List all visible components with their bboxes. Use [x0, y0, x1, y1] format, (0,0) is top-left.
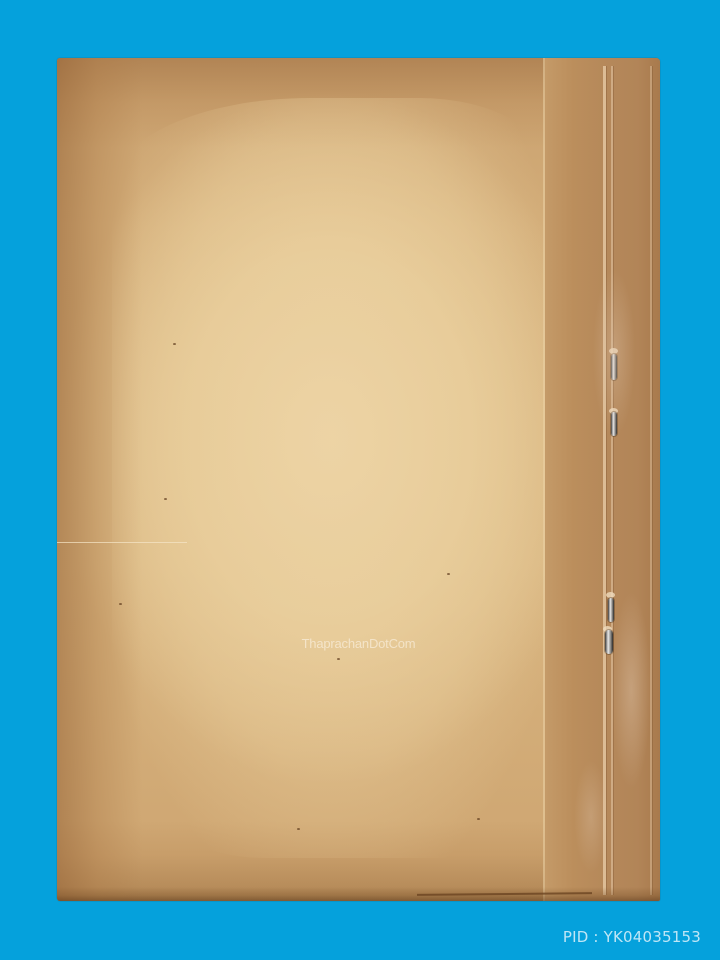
paper-crease: [57, 542, 187, 543]
dirt-speck: [164, 498, 167, 500]
photo-stage: ThaprachanDotCom PID : YK04035153: [0, 0, 720, 960]
staple-icon: [611, 412, 617, 436]
dirt-speck: [477, 818, 480, 820]
dirt-speck: [119, 603, 122, 605]
staple-hole: [606, 592, 615, 598]
staple-hole: [603, 626, 612, 632]
spine-groove: [650, 66, 652, 895]
dirt-speck: [337, 658, 340, 660]
spine-groove: [603, 66, 606, 895]
dirt-speck: [447, 573, 450, 575]
staple-icon: [608, 598, 614, 622]
staple-hole: [609, 348, 618, 354]
tide-mark-light-area: [112, 98, 552, 858]
spine-binding-strip: [545, 58, 660, 901]
watermark-text: ThaprachanDotCom: [57, 636, 660, 651]
staple-icon: [611, 354, 617, 380]
dirt-speck: [173, 343, 176, 345]
dirt-speck: [297, 828, 300, 830]
staple-hole: [609, 408, 618, 414]
pid-label: PID : YK04035153: [563, 928, 701, 946]
spine-groove: [611, 66, 613, 895]
book-back-cover: ThaprachanDotCom: [57, 58, 660, 901]
